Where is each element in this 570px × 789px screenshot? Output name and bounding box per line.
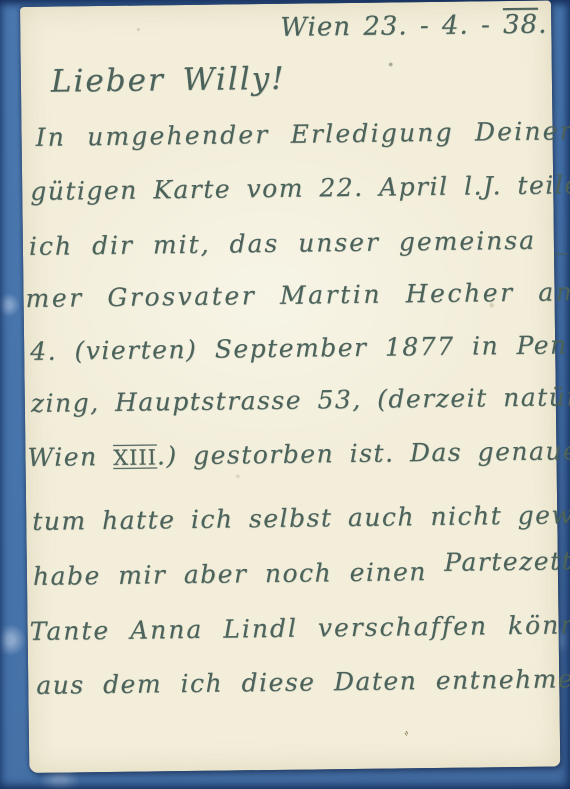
letter-line-2: gütigen Karte vom 22. April l.J. teile	[30, 171, 570, 206]
letter-line-7: Wien XIII.) gestorben ist. Das genaue Da…	[27, 436, 570, 473]
district-roman-numeral: XIII	[113, 445, 157, 470]
letter-line-4: mer Grosvater Martin Hecher am	[25, 278, 570, 314]
date-period: .	[538, 10, 548, 40]
letter-card: Wien 23. - 4. - 38. Lieber Willy! In umg…	[20, 1, 560, 773]
letter-line-5: 4. (vierten) September 1877 in Pen _	[30, 331, 570, 367]
date-year: 38	[503, 10, 538, 40]
line-7-post: .) gestorben ist. Das genaue Da _	[157, 435, 570, 470]
date-line: Wien 23. - 4. - 38.	[280, 11, 547, 44]
letter-line-9: habe mir aber noch einen Partezettel bei	[33, 555, 570, 591]
line-7-pre: Wien	[27, 442, 113, 472]
letter-line-1: In umgehender Erledigung Deiner	[35, 117, 570, 152]
ink-stray-mark: ,,	[396, 726, 411, 738]
album-page: Wien 23. - 4. - 38. Lieber Willy! In umg…	[0, 0, 570, 789]
line-9-pre: habe mir aber noch einen	[33, 557, 445, 591]
letter-line-10: Tante Anna Lindl verschaffen können,	[29, 611, 570, 647]
date-place-day: Wien 23. - 4. -	[280, 10, 503, 43]
salutation: Lieber Willy!	[51, 62, 286, 101]
letter-line-11: aus dem ich diese Daten entnehme.	[36, 665, 570, 700]
letter-line-6: zing, Hauptstrasse 53, (derzeit natürlic…	[31, 383, 570, 419]
raised-word-partezettel: Partezettel bei	[444, 545, 570, 577]
letter-line-8: tum hatte ich selbst auch nicht gewusst,	[32, 500, 570, 536]
letter-line-3: ich dir mit, das unser gemeinsa _	[29, 226, 570, 261]
